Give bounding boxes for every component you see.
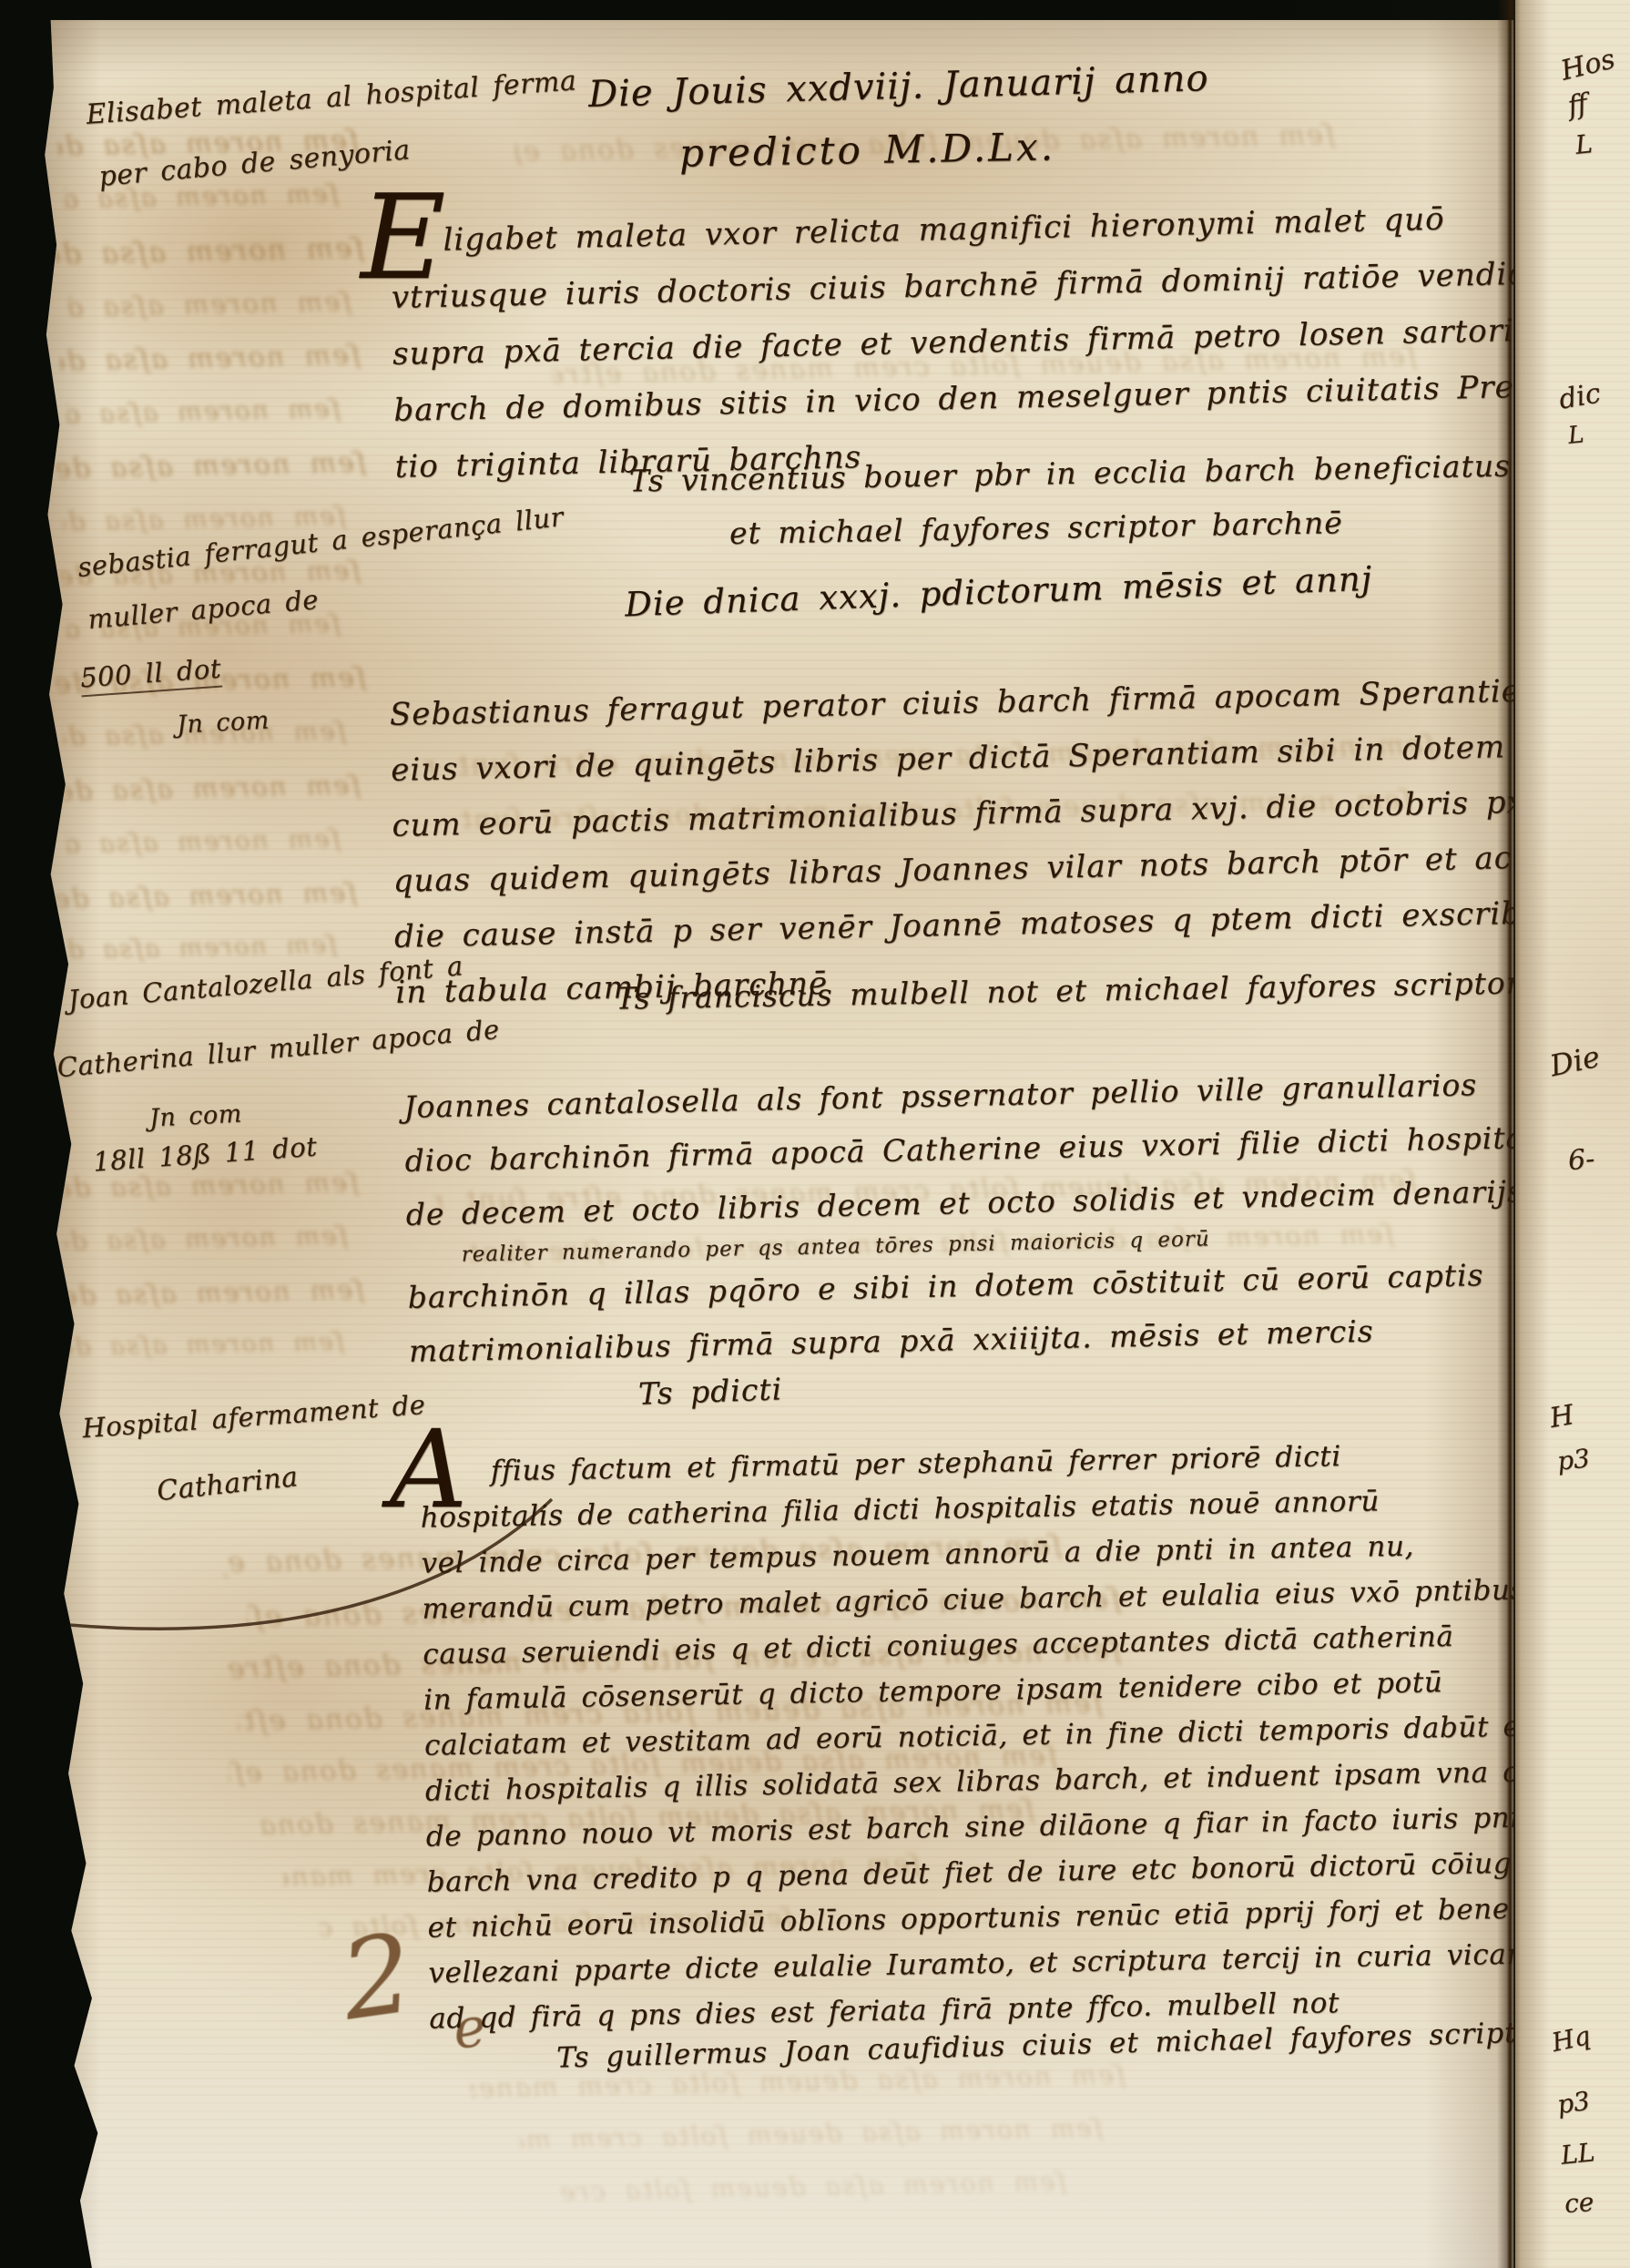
facing-page-fragment: LL (1559, 2137, 1595, 2171)
facing-page-fragment: L (1574, 128, 1594, 160)
entry-body: ligabet maleta vxor relicta magnifici hi… (390, 188, 1513, 495)
bleedthrough-text: ſem norem aſsa deuem ſolta crem manes do… (55, 1273, 365, 1312)
entry-date-heading: Die dnica xxxj. pdictorum mēsis et annj (624, 559, 1372, 625)
margin-note: Catherina llur muller apoca de (56, 1014, 500, 1083)
bleedthrough-text: ſem norem aſsa deuem ſolta crem manes do… (67, 823, 341, 860)
bleedthrough-text: ſem norem aſsa deuem ſolta crem manes do… (55, 231, 365, 271)
entry-body: Joannes cantalosella als font pssernator… (403, 1055, 1513, 1378)
entry-body: ffius factum et firmatū per stephanū fer… (419, 1428, 1513, 2041)
bleedthrough-text: ſem norem aſsa deuem ſolta crem manes do… (60, 770, 362, 808)
manuscript-page: ſem norem aſsa deuem ſolta crem manes do… (42, 20, 1513, 2268)
entry-date-heading: Die Jouis xxdviij. Januarij anno (588, 57, 1210, 116)
bleedthrough-text: ſem norem aſsa deuem ſolta crem manes do… (520, 2112, 1104, 2155)
margin-note: Jn com (176, 706, 270, 739)
facing-page-fragment: p3 (1555, 1443, 1591, 1476)
bleedthrough-text: ſem norem aſsa deuem ſolta crem manes do… (67, 393, 341, 430)
bleedthrough-text: ſem norem aſsa deuem ſolta crem manes do… (64, 931, 338, 966)
binding-gutter (1497, 0, 1521, 2268)
illuminated-initial: E (361, 186, 446, 291)
bleedthrough-text: ſem norem aſsa deuem ſolta crem manes do… (56, 877, 358, 915)
manuscript-scan: ſem norem aſsa deuem ſolta crem manes do… (0, 0, 1630, 2268)
margin-note: Hospital afermament de (81, 1389, 426, 1444)
margin-note: 500 ll dot (79, 653, 222, 694)
witness-line: Ts pdicti (637, 1371, 782, 1411)
facing-page-fragment: 6- (1567, 1143, 1596, 1177)
margin-note: Elisabet maleta al hospital ferma (85, 65, 577, 131)
bleedthrough-text: ſem norem aſsa deuem ſolta crem manes do… (556, 2166, 1067, 2207)
facing-page-fragment: L (1566, 421, 1584, 450)
facing-page-fragment: p3 (1555, 2086, 1592, 2120)
witness-line: et michael fayfores scriptor barchnē (729, 505, 1343, 551)
bleedthrough-text: ſem norem aſsa deuem ſolta crem manes do… (69, 286, 352, 323)
facing-page-edge (1515, 0, 1630, 2268)
bleedthrough-text: ſem norem aſsa deuem ſolta crem manes do… (66, 1221, 349, 1257)
bleedthrough-text: ſem norem aſsa deuem ſolta crem manes do… (62, 1328, 345, 1364)
facing-page-fragment: ce (1564, 2187, 1594, 2219)
illuminated-initial: A (390, 1421, 468, 1517)
entry-date-heading: predicto M.D.Lx. (679, 124, 1056, 175)
entry-body: Sebastianus ferragut perator ciuis barch… (389, 660, 1513, 1020)
bleedthrough-text: ſem norem aſsa deuem ſolta crem manes do… (60, 340, 362, 379)
bleedthrough-text: ſem norem aſsa deuem ſolta crem manes do… (56, 446, 367, 485)
margin-note: Jn com (148, 1099, 242, 1132)
